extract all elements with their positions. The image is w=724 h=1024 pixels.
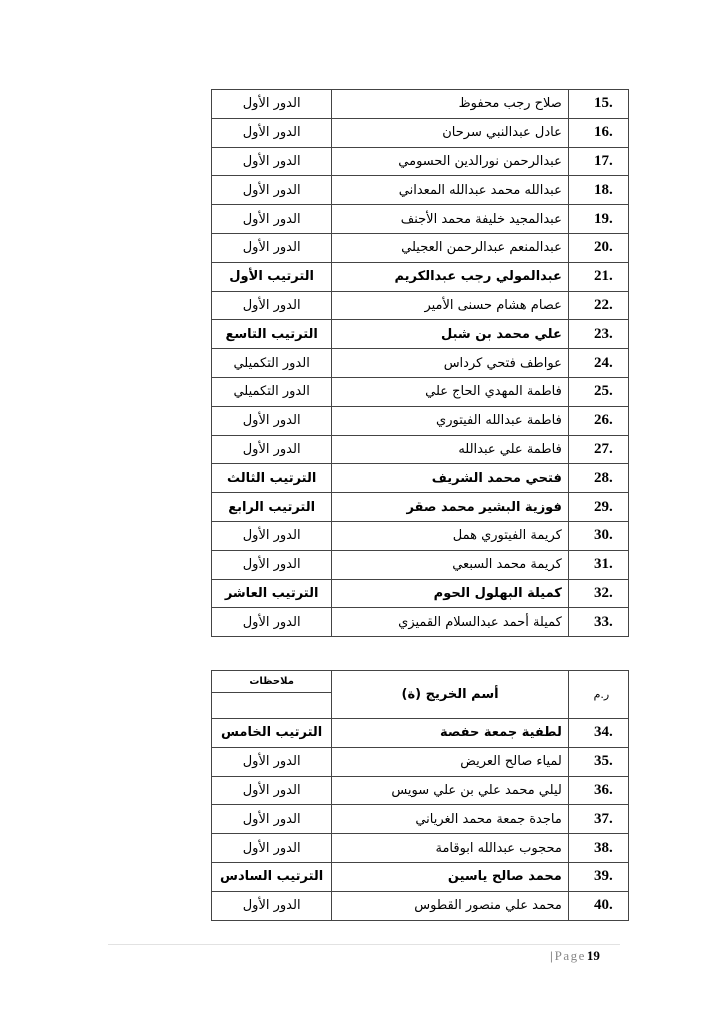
serial-number-cell: 23. [568, 320, 628, 349]
graduate-name-cell: فاطمة علي عبدالله [332, 435, 569, 464]
notes-cell: الدور الأول [212, 521, 332, 550]
table-row: الترتيب الأولعبدالمولي رجب عبدالكريم21. [212, 262, 629, 291]
table-row: الدور الأولعبدالمجيد خليفة محمد الأجنف19… [212, 205, 629, 234]
table-row: الدور الأولكريمة محمد السبعي31. [212, 550, 629, 579]
notes-cell: الدور الأول [212, 291, 332, 320]
notes-cell: الترتيب الثالث [212, 464, 332, 493]
serial-number-cell: 36. [568, 776, 628, 805]
table-row: الدور التكميليعواطف فتحي كرداس24. [212, 349, 629, 378]
table-row: الدور الأولمحجوب عبدالله ابوقامة38. [212, 834, 629, 863]
serial-number-cell: 28. [568, 464, 628, 493]
notes-cell: الدور الأول [212, 435, 332, 464]
table-row: الدور الأولعبدالرحمن نورالدين الحسومي17. [212, 147, 629, 176]
serial-number-cell: 33. [568, 608, 628, 637]
serial-number-cell: 37. [568, 805, 628, 834]
footer-separator: | [550, 948, 553, 963]
graduate-name-cell: لطفية جمعة حفصة [332, 719, 569, 748]
serial-number-cell: 24. [568, 349, 628, 378]
table-row: الدور الأوللمياء صالح العريض35. [212, 747, 629, 776]
table-row: الدور الأولعبدالمنعم عبدالرحمن العجيلي20… [212, 233, 629, 262]
serial-number-cell: 27. [568, 435, 628, 464]
notes-cell: الدور الأول [212, 834, 332, 863]
notes-cell: الدور التكميلي [212, 377, 332, 406]
table-row: الدور الأولصلاح رجب محفوظ15. [212, 90, 629, 119]
graduate-name-cell: كميلة أحمد عبدالسلام القميزي [332, 608, 569, 637]
serial-number-cell: 20. [568, 233, 628, 262]
graduate-name-cell: فاطمة عبدالله الفيتوري [332, 406, 569, 435]
table-2-header: ملاحظات أسم الخريج (ة) ر.م [212, 671, 629, 719]
serial-number-cell: 16. [568, 118, 628, 147]
table-row: الدور الأولعادل عبدالنبي سرحان16. [212, 118, 629, 147]
table-row: الدور الأولكميلة أحمد عبدالسلام القميزي3… [212, 608, 629, 637]
table-1-body: الدور الأولصلاح رجب محفوظ15.الدور الأولع… [212, 90, 629, 637]
table-row: الدور الأولليلي محمد علي بن علي سويس36. [212, 776, 629, 805]
serial-number-cell: 18. [568, 176, 628, 205]
serial-number-cell: 29. [568, 493, 628, 522]
notes-cell: الترتيب الرابع [212, 493, 332, 522]
table-row: الدور الأولعبدالله محمد عبدالله المعداني… [212, 176, 629, 205]
table-row: الترتيب الخامسلطفية جمعة حفصة34. [212, 719, 629, 748]
serial-number-cell: 17. [568, 147, 628, 176]
table-row: الدور الأولكريمة الفيتوري همل30. [212, 521, 629, 550]
notes-cell: الدور الأول [212, 406, 332, 435]
notes-cell: الدور الأول [212, 176, 332, 205]
notes-cell: الدور الأول [212, 891, 332, 920]
notes-cell: الدور الأول [212, 90, 332, 119]
notes-cell: الدور الأول [212, 747, 332, 776]
graduate-name-cell: محجوب عبدالله ابوقامة [332, 834, 569, 863]
page-footer: |Page19 [550, 948, 600, 964]
graduate-name-cell: صلاح رجب محفوظ [332, 90, 569, 119]
notes-cell: الدور التكميلي [212, 349, 332, 378]
table-row: الترتيب الرابعفوزية البشير محمد صقر29. [212, 493, 629, 522]
graduate-name-cell: محمد علي منصور القطوس [332, 891, 569, 920]
notes-cell: الترتيب الأول [212, 262, 332, 291]
table-row: الدور الأولعصام هشام حسنى الأمير22. [212, 291, 629, 320]
notes-cell: الترتيب السادس [212, 862, 332, 891]
graduate-name-cell: عبدالمنعم عبدالرحمن العجيلي [332, 233, 569, 262]
serial-number-cell: 21. [568, 262, 628, 291]
table-row: الدور التكميليفاطمة المهدي الحاج علي25. [212, 377, 629, 406]
header-notes-empty-cell [212, 693, 332, 719]
graduate-name-cell: فاطمة المهدي الحاج علي [332, 377, 569, 406]
table-row: الترتيب التاسععلي محمد بن شبل23. [212, 320, 629, 349]
footer-divider [108, 944, 620, 945]
table-row: الترتيب العاشركميلة البهلول الحوم32. [212, 579, 629, 608]
notes-cell: الدور الأول [212, 205, 332, 234]
graduate-name-cell: عبدالمجيد خليفة محمد الأجنف [332, 205, 569, 234]
graduate-name-cell: عواطف فتحي كرداس [332, 349, 569, 378]
serial-number-cell: 38. [568, 834, 628, 863]
notes-cell: الدور الأول [212, 118, 332, 147]
graduates-table-2: ملاحظات أسم الخريج (ة) ر.م الترتيب الخام… [211, 670, 629, 921]
serial-number-cell: 34. [568, 719, 628, 748]
graduates-table-1: الدور الأولصلاح رجب محفوظ15.الدور الأولع… [211, 89, 629, 637]
graduate-name-cell: ليلي محمد علي بن علي سويس [332, 776, 569, 805]
table-2-body: الترتيب الخامسلطفية جمعة حفصة34.الدور ال… [212, 719, 629, 921]
graduate-name-cell: فتحي محمد الشريف [332, 464, 569, 493]
graduate-name-cell: كميلة البهلول الحوم [332, 579, 569, 608]
serial-number-cell: 32. [568, 579, 628, 608]
graduate-name-cell: لمياء صالح العريض [332, 747, 569, 776]
notes-cell: الدور الأول [212, 805, 332, 834]
serial-number-cell: 15. [568, 90, 628, 119]
page-number: 19 [587, 948, 600, 963]
serial-number-cell: 26. [568, 406, 628, 435]
header-serial-number: ر.م [568, 671, 628, 719]
serial-number-cell: 31. [568, 550, 628, 579]
notes-cell: الدور الأول [212, 233, 332, 262]
graduate-name-cell: كريمة الفيتوري همل [332, 521, 569, 550]
serial-number-cell: 25. [568, 377, 628, 406]
serial-number-cell: 35. [568, 747, 628, 776]
notes-cell: الدور الأول [212, 147, 332, 176]
header-graduate-name: أسم الخريج (ة) [332, 671, 569, 719]
serial-number-cell: 22. [568, 291, 628, 320]
serial-number-cell: 40. [568, 891, 628, 920]
serial-number-cell: 19. [568, 205, 628, 234]
notes-cell: الدور الأول [212, 776, 332, 805]
graduate-name-cell: عبدالرحمن نورالدين الحسومي [332, 147, 569, 176]
table-row: الدور الأولمحمد علي منصور القطوس40. [212, 891, 629, 920]
graduate-name-cell: فوزية البشير محمد صقر [332, 493, 569, 522]
serial-number-cell: 39. [568, 862, 628, 891]
graduate-name-cell: ماجدة جمعة محمد الغرياني [332, 805, 569, 834]
graduate-name-cell: كريمة محمد السبعي [332, 550, 569, 579]
notes-cell: الدور الأول [212, 608, 332, 637]
notes-cell: الترتيب الخامس [212, 719, 332, 748]
header-row: ملاحظات أسم الخريج (ة) ر.م [212, 671, 629, 693]
header-notes: ملاحظات [212, 671, 332, 693]
graduate-name-cell: عادل عبدالنبي سرحان [332, 118, 569, 147]
table-row: الترتيب الثالثفتحي محمد الشريف28. [212, 464, 629, 493]
graduate-name-cell: عصام هشام حسنى الأمير [332, 291, 569, 320]
graduate-name-cell: محمد صالح ياسين [332, 862, 569, 891]
serial-number-cell: 30. [568, 521, 628, 550]
notes-cell: الترتيب التاسع [212, 320, 332, 349]
table-row: الدور الأولفاطمة عبدالله الفيتوري26. [212, 406, 629, 435]
notes-cell: الترتيب العاشر [212, 579, 332, 608]
graduate-name-cell: عبدالله محمد عبدالله المعداني [332, 176, 569, 205]
table-row: الدور الأولفاطمة علي عبدالله27. [212, 435, 629, 464]
table-row: الترتيب السادسمحمد صالح ياسين39. [212, 862, 629, 891]
notes-cell: الدور الأول [212, 550, 332, 579]
table-row: الدور الأولماجدة جمعة محمد الغرياني37. [212, 805, 629, 834]
graduate-name-cell: علي محمد بن شبل [332, 320, 569, 349]
graduate-name-cell: عبدالمولي رجب عبدالكريم [332, 262, 569, 291]
footer-page-label: Page [555, 948, 586, 963]
